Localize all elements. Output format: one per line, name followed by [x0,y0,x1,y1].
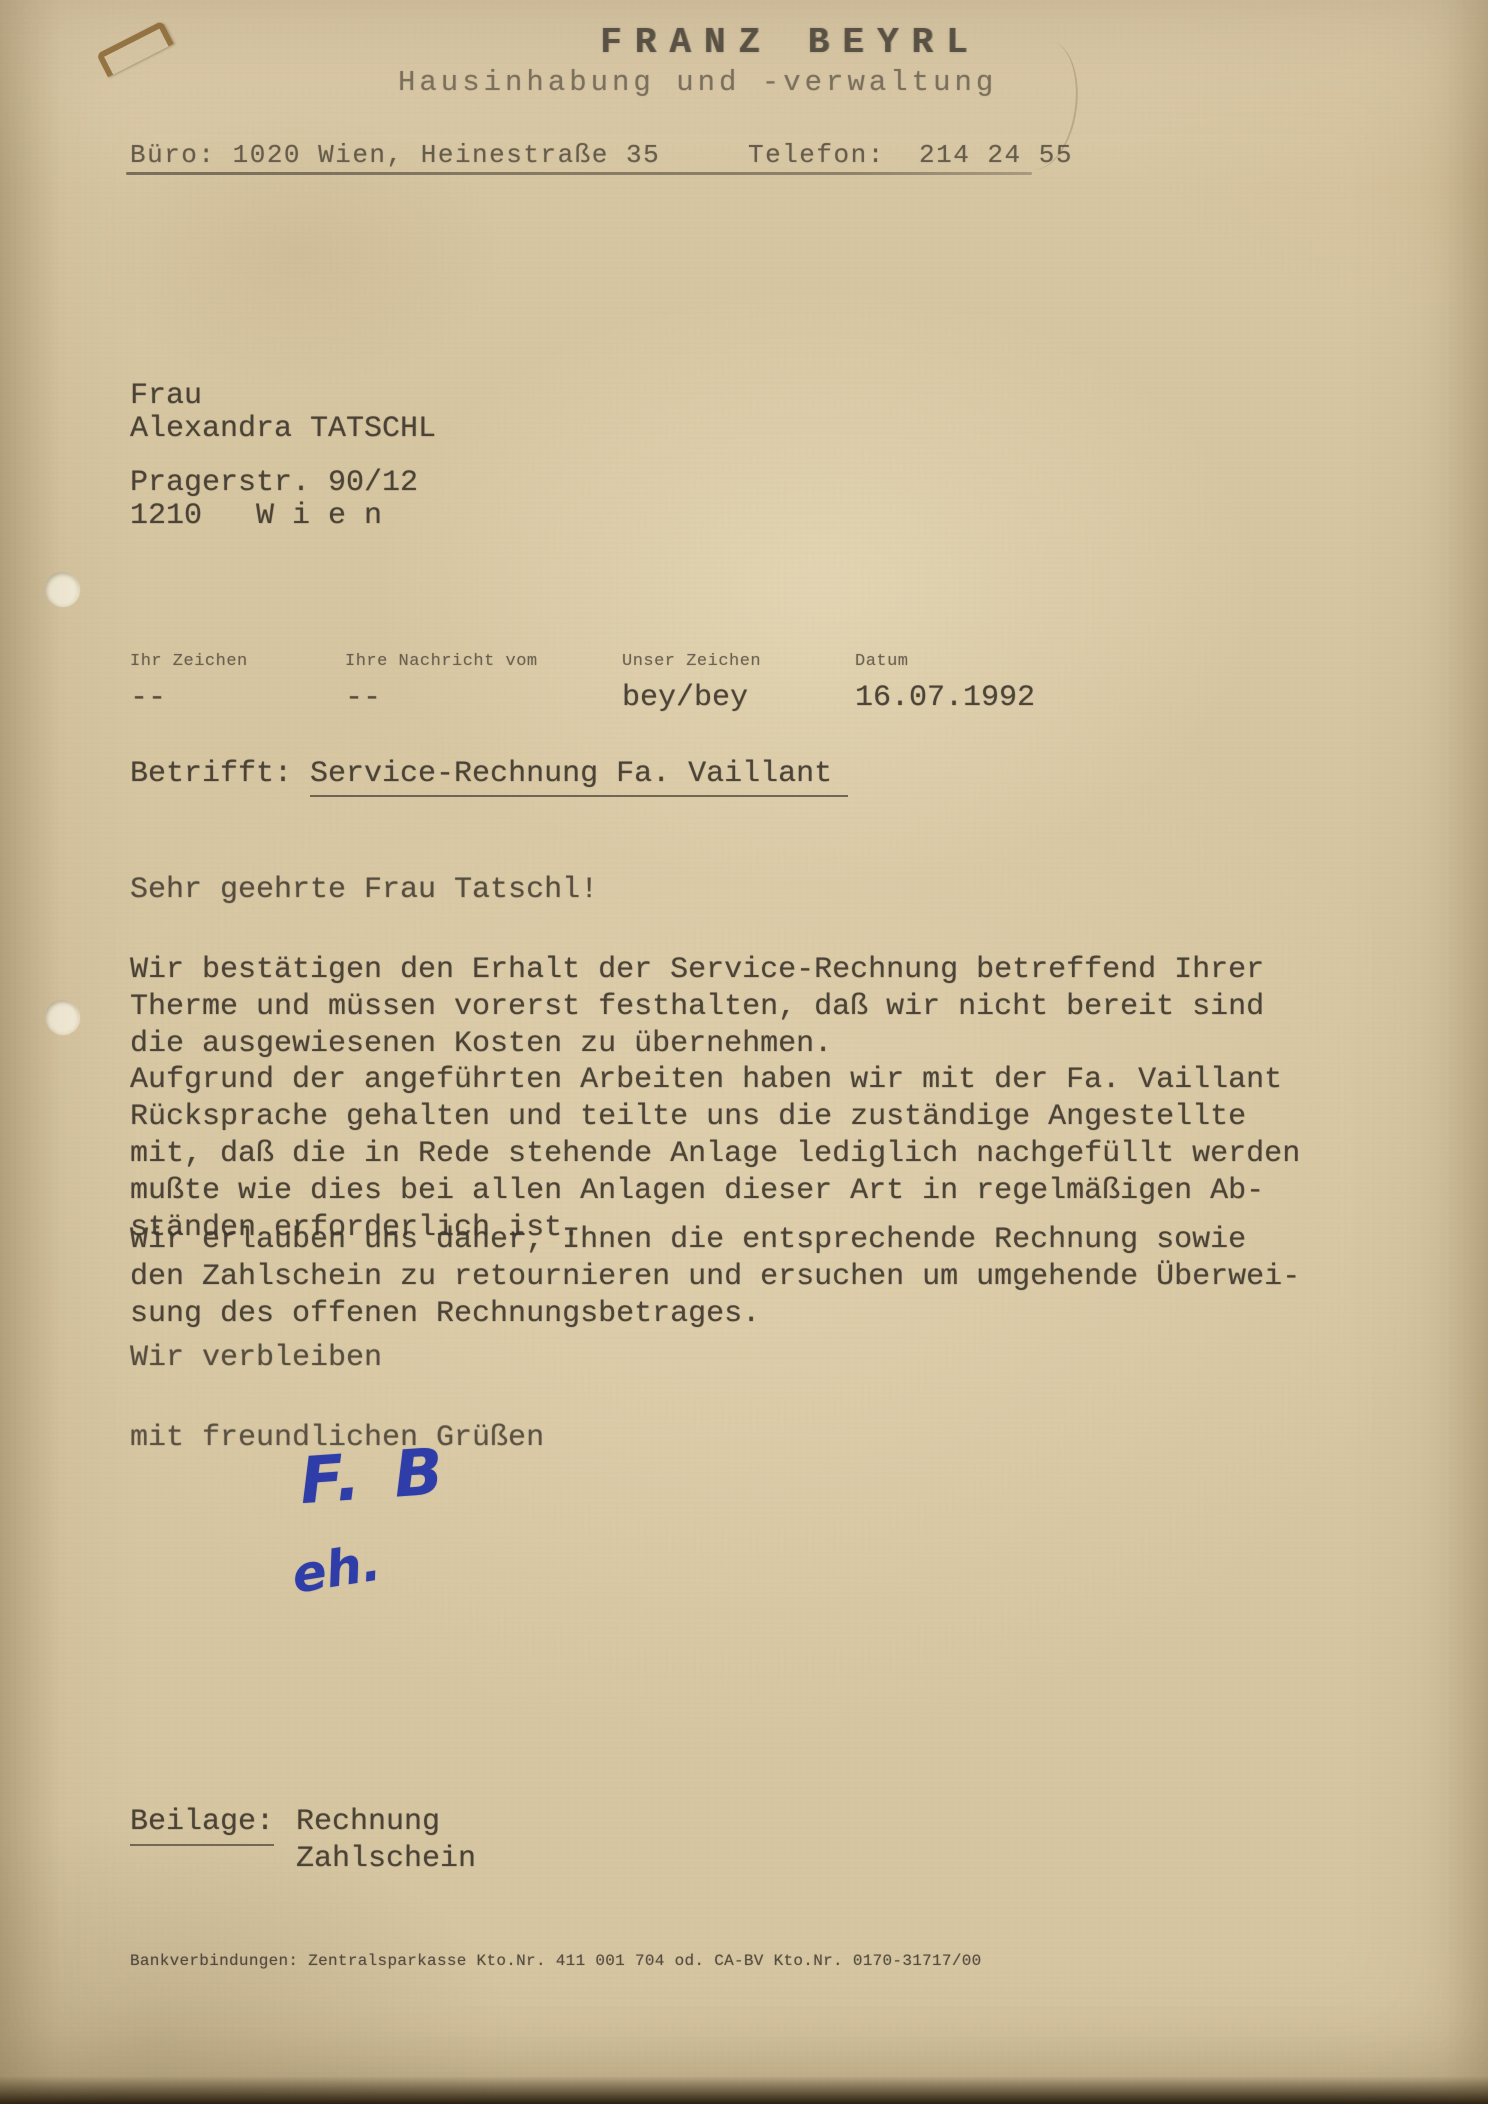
phone-number: Telefon: 214 24 55 [748,140,1073,170]
punch-hole-bottom [45,1000,79,1034]
enclosure-label: Beilage: [130,1804,274,1846]
reference-value-datum: 16.07.1992 [855,680,1035,717]
brand-subtitle: Hausinhabung und -verwaltung [398,66,997,99]
reference-value-ihr-zeichen: -- [130,680,166,717]
signature-paraph: eh. [288,1533,384,1604]
header-rule [126,172,1032,175]
punch-hole-top [45,572,79,606]
recipient-line: Alexandra TATSCHL [130,411,436,448]
reference-label-datum: Datum [855,652,909,671]
recipient-line: Frau [130,378,202,415]
bottom-edge-shadow [0,2076,1488,2104]
closing-line: Wir verbleiben [130,1340,382,1377]
reference-label-unser-zeichen: Unser Zeichen [622,652,761,671]
letter-page: FRANZ BEYRL Hausinhabung und -verwaltung… [0,0,1488,2104]
recipient-line: Pragerstr. 90/12 [130,465,418,502]
enclosure-item: Zahlschein [296,1841,476,1878]
recipient-line: 1210 W i e n [130,498,382,535]
reference-value-ihre-nachricht: -- [345,680,381,717]
subject-label: Betrifft: [130,757,310,791]
subject-line: Betrifft: Service-Rechnung Fa. Vaillant [130,756,848,793]
paragraph-1: Wir bestätigen den Erhalt der Service-Re… [130,952,1264,1063]
reference-value-unser-zeichen: bey/bey [622,680,748,717]
subject-text: Service-Rechnung Fa. Vaillant [310,757,848,797]
salutation: Sehr geehrte Frau Tatschl! [130,872,598,909]
staple-mark [96,21,174,78]
reference-label-ihr-zeichen: Ihr Zeichen [130,652,248,671]
paragraph-2: Aufgrund der angeführten Arbeiten haben … [130,1062,1300,1247]
paragraph-3: Wir erlauben uns daher, Ihnen die entspr… [130,1222,1300,1333]
footer-bank-line: Bankverbindungen: Zentralsparkasse Kto.N… [130,1952,982,1970]
reference-label-ihre-nachricht: Ihre Nachricht vom [345,652,538,671]
brand-name: FRANZ BEYRL [600,22,981,63]
signature-initials: F. B [298,1435,452,1519]
office-address: Büro: 1020 Wien, Heinestraße 35 [130,140,660,170]
enclosure-item: Rechnung [296,1804,440,1841]
